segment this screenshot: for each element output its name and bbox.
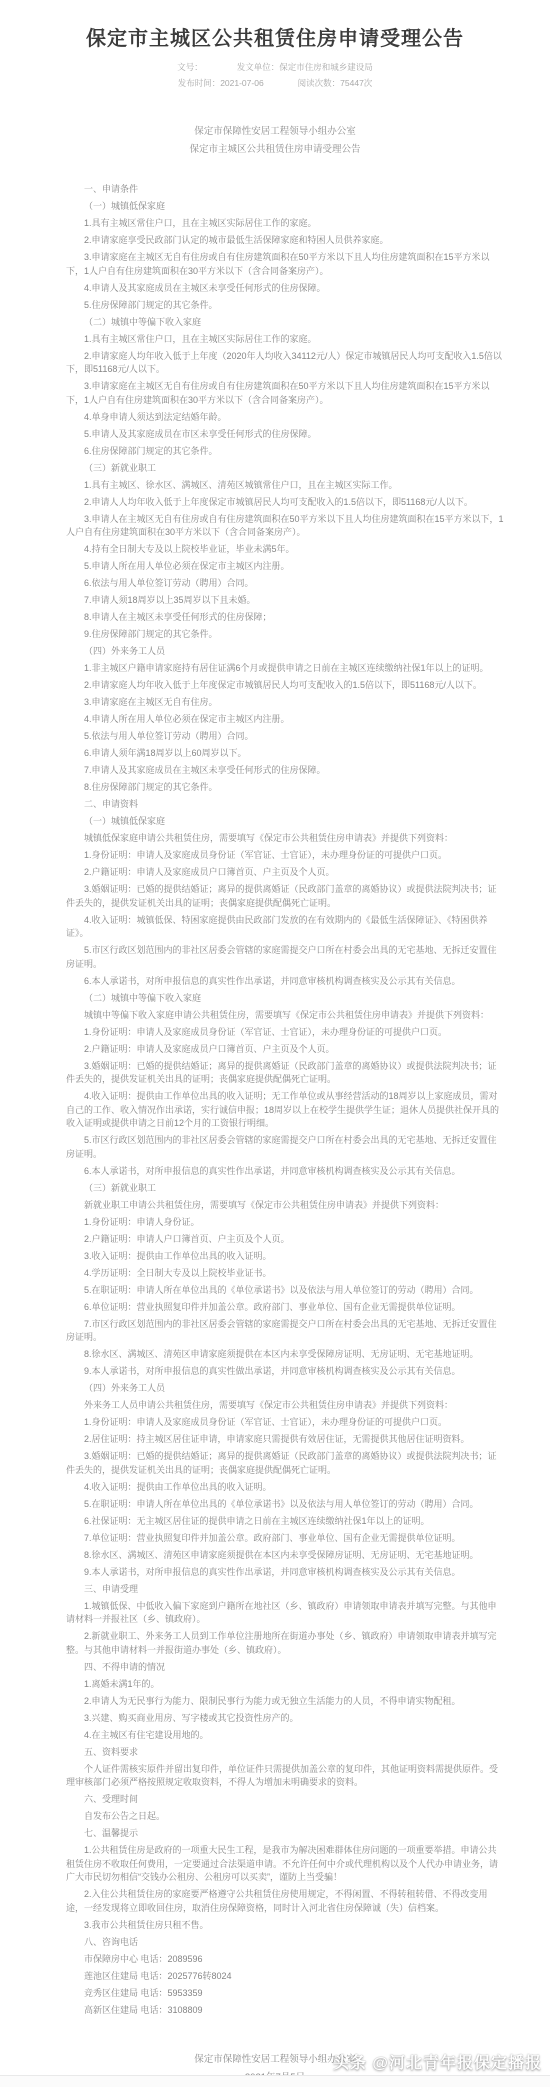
paragraph: 3.兴建、购买商业用房、写字楼或其它投资性房产的。 xyxy=(66,1712,504,1726)
paragraph: 4.申请人及其家庭成员在主城区未享受任何形式的住房保障。 xyxy=(66,282,504,296)
paragraph: 4.在主城区有住宅建设用地的。 xyxy=(66,1729,504,1743)
paragraph: 自发布公告之日起。 xyxy=(66,1810,504,1824)
paragraph: 二、申请资料 xyxy=(66,798,504,812)
paragraph: 2.申请家庭人均年收入低于上年度保定市城镇居民人均可支配收入的1.5倍以下，即5… xyxy=(66,679,504,693)
paragraph: 1.离婚未满1年的。 xyxy=(66,1678,504,1692)
meta-row-2: 发布时间：2021-07-06 阅读次数：75447次 xyxy=(0,75,550,91)
paragraph: 4.收入证明：城镇低保、特困家庭提供由民政部门发放的在有效期内的《最低生活保障证… xyxy=(66,914,504,941)
paragraph: （三）新就业职工 xyxy=(66,462,504,476)
paragraph: 7.申请人及其家庭成员在主城区未享受任何形式的住房保障。 xyxy=(66,764,504,778)
paragraph: 2.申请人为无民事行为能力、限制民事行为能力或无独立生活能力的人员，不得申请实物… xyxy=(66,1695,504,1709)
paragraph: （二）城镇中等偏下收入家庭 xyxy=(66,316,504,330)
paragraph: 五、资料要求 xyxy=(66,1746,504,1760)
paragraph: 9.本人承诺书，对所申报信息的真实性做出承诺，并同意审核机构调查核实及公示其有关… xyxy=(66,1365,504,1379)
page-title: 保定市主城区公共租赁住房申请受理公告 xyxy=(0,22,550,51)
paragraph: （三）新就业职工 xyxy=(66,1182,504,1196)
paragraph: 1.城镇低保、中低收入偏下家庭到户籍所在地社区（乡、镇政府）申请领取申请表并填写… xyxy=(66,1600,504,1627)
paragraph: 1.具有主城区、徐水区、满城区、清苑区城镇常住户口，且在主城区实际工作。 xyxy=(66,479,504,493)
paragraph: 七、温馨提示 xyxy=(66,1827,504,1841)
paragraph: 3.申请家庭在主城区无自有住房或自有住房建筑面积在50平方米以下且人均住房建筑面… xyxy=(66,380,504,407)
paragraph: （一）城镇低保家庭 xyxy=(66,200,504,214)
paragraph: 5.在职证明：申请人所在单位出具的《单位承诺书》以及依法与用人单位签订的劳动（聘… xyxy=(66,1498,504,1512)
paragraph: 7.市区行政区划范围内的非社区居委会管辖的家庭需提交户口所在村委会出具的无宅基地… xyxy=(66,1318,504,1345)
paragraph: 5.依法与用人单位签订劳动（聘用）合同。 xyxy=(66,730,504,744)
paragraph: 4.收入证明：提供由工作单位出具的收入证明；无工作单位或从事经营活动的18周岁以… xyxy=(66,1090,504,1131)
announcement-page: 保定市主城区公共租赁住房申请受理公告 文号： 发文单位：保定市住房和城乡建设局 … xyxy=(0,0,550,2087)
paragraph: 2.户籍证明：申请人户口簿首页、户主页及个人页。 xyxy=(66,1233,504,1247)
paragraph: 5.申请人及其家庭成员在市区未享受任何形式的住房保障。 xyxy=(66,428,504,442)
paragraph: 三、申请受理 xyxy=(66,1583,504,1597)
paragraph: 6.本人承诺书，对所申报信息的真实性作出承诺，并同意审核机构调查核实及公示其有关… xyxy=(66,975,504,989)
page-bottom-edge xyxy=(0,2075,550,2087)
paragraph: 新就业职工申请公共租赁住房，需要填写《保定市公共租赁住房申请表》并提供下列资料： xyxy=(66,1199,504,1213)
paragraph: 5.住房保障部门规定的其它条件。 xyxy=(66,299,504,313)
paragraph: 2.新就业职工、外来务工人员到工作单位注册地所在街道办事处（乡、镇政府）申请领取… xyxy=(66,1630,504,1657)
paragraph: 3.婚姻证明：已婚的提供结婚证；离异的提供离婚证（民政部门盖章的离婚协议）或提供… xyxy=(66,1450,504,1477)
paragraph: 2.申请家庭人均年收入低于上年度（2020年人均收入34112元/人）保定市城镇… xyxy=(66,350,504,377)
toutiao-watermark: 头条 @河北青年报保定播报 xyxy=(333,2050,542,2073)
paragraph: 5.申请人所在用人单位必须在保定市主城区内注册。 xyxy=(66,560,504,574)
paragraph: 2.入住公共租赁住房的家庭要严格遵守公共租赁住房使用规定，不得闲置、不得转租转借… xyxy=(66,1888,504,1915)
paragraph: 1.身份证明：申请人及家庭成员身份证（军官证、士官证），未办理身份证的可提供户口… xyxy=(66,849,504,863)
paragraph: 2.申请人人均年收入低于上年度保定市城镇居民人均可支配收入的1.5倍以下，即51… xyxy=(66,496,504,510)
paragraph: 个人证件需核实原件并留出复印件，单位证件只需提供加盖公章的复印件，其他证明资料需… xyxy=(66,1763,504,1790)
paragraph: 1.身份证明：申请人及家庭成员身份证（军官证、士官证），未办理身份证的可提供户口… xyxy=(66,1026,504,1040)
paragraph: 8.徐水区、满城区、清苑区申请家庭须提供在本区内未享受保障房证明、无房证明、无宅… xyxy=(66,1549,504,1563)
paragraph: 城镇低保家庭申请公共租赁住房，需要填写《保定市公共租赁住房申请表》并提供下列资料… xyxy=(66,832,504,846)
paragraph: 5.在职证明：申请人所在单位出具的《单位承诺书》以及依法与用人单位签订的劳动（聘… xyxy=(66,1284,504,1298)
paragraph: 3.申请人在主城区无自有住房或自有住房建筑面积在50平方米以下且人均住房建筑面积… xyxy=(66,513,504,540)
paragraph: 莲池区住建局 电话：2025776转8024 xyxy=(66,1970,504,1984)
paragraph: 一、申请条件 xyxy=(66,183,504,197)
paragraph: （二）城镇中等偏下收入家庭 xyxy=(66,992,504,1006)
paragraph: 7.申请人须18周岁以上35周岁以下且未婚。 xyxy=(66,594,504,608)
paragraph: 4.申请人所在用人单位必须在保定市主城区内注册。 xyxy=(66,713,504,727)
paragraph: 4.单身申请人须达到法定结婚年龄。 xyxy=(66,411,504,425)
paragraph: 3.申请家庭在主城区无自有住房或自有住房建筑面积在50平方米以下且人均住房建筑面… xyxy=(66,251,504,278)
paragraph: 3.婚姻证明：已婚的提供结婚证；离异的提供离婚证（民政部门盖章的离婚协议）或提供… xyxy=(66,1060,504,1087)
issuer-label: 发文单位：保定市住房和城乡建设局 xyxy=(237,59,373,75)
paragraph: 9.住房保障部门规定的其它条件。 xyxy=(66,628,504,642)
paragraph: 高新区住建局 电话：3108809 xyxy=(66,2004,504,2018)
paragraph: 6.依法与用人单位签订劳动（聘用）合同。 xyxy=(66,577,504,591)
meta-row-1: 文号： 发文单位：保定市住房和城乡建设局 xyxy=(0,59,550,75)
issuing-office-line: 保定市保障性安居工程领导小组办公室 xyxy=(0,123,550,141)
paragraph: 2.户籍证明：申请人及家庭成员户口簿首页、户主页及个人页。 xyxy=(66,866,504,880)
paragraph: 1.具有主城区常住户口，且在主城区实际居住工作的家庭。 xyxy=(66,217,504,231)
read-count-label: 阅读次数：75447次 xyxy=(298,75,373,91)
paragraph: 八、咨询电话 xyxy=(66,1936,504,1950)
paragraph: 6.单位证明：营业执照复印件并加盖公章。政府部门、事业单位、国有企业无需提供单位… xyxy=(66,1301,504,1315)
paragraph: 1.非主城区户籍申请家庭持有居住证满6个月或提供申请之日前在主城区连续缴纳社保1… xyxy=(66,662,504,676)
paragraph: 2.户籍证明：申请人及家庭成员户口簿首页、户主页及个人页。 xyxy=(66,1043,504,1057)
paragraph: 6.本人承诺书，对所申报信息的真实性作出承诺，并同意审核机构调查核实及公示其有关… xyxy=(66,1165,504,1179)
paragraph: 1.身份证明：申请人及家庭成员身份证（军官证、士官证），未办理身份证的可提供户口… xyxy=(66,1416,504,1430)
paragraph: （四）外来务工人员 xyxy=(66,1382,504,1396)
paragraph: 4.学历证明：全日制大专及以上院校毕业证书。 xyxy=(66,1267,504,1281)
paragraph: 外来务工人员申请公共租赁住房，需要填写《保定市公共租赁住房申请表》并提供下列资料… xyxy=(66,1399,504,1413)
paragraph: 7.单位证明：营业执照复印件并加盖公章。政府部门、事业单位、国有企业无需提供单位… xyxy=(66,1532,504,1546)
paragraph: 城镇中等偏下收入家庭申请公共租赁住房，需要填写《保定市公共租赁住房申请表》并提供… xyxy=(66,1009,504,1023)
paragraph: 1.公共租赁住房是政府的一项重大民生工程，是我市为解决困难群体住房问题的一项重要… xyxy=(66,1844,504,1885)
paragraph: 3.申请家庭在主城区无自有住房。 xyxy=(66,696,504,710)
paragraph: 6.社保证明：无主城区居住证的提供申请之日前在主城区连续缴纳社保1年以上的证明。 xyxy=(66,1515,504,1529)
paragraph: 8.住房保障部门规定的其它条件。 xyxy=(66,781,504,795)
paragraph: 5.市区行政区划范围内的非社区居委会管辖的家庭需提交户口所在村委会出具的无宅基地… xyxy=(66,944,504,971)
paragraph: （一）城镇低保家庭 xyxy=(66,815,504,829)
paragraph: 4.收入证明：提供由工作单位出具的收入证明。 xyxy=(66,1481,504,1495)
doc-title-line: 保定市主城区公共租赁住房申请受理公告 xyxy=(0,141,550,159)
paragraph: 2.居住证明：持主城区居住证申请，申请家庭只需提供有效居住证，无需提供其他居住证… xyxy=(66,1433,504,1447)
paragraph: 3.婚姻证明：已婚的提供结婚证；离异的提供离婚证（民政部门盖章的离婚协议）或提供… xyxy=(66,883,504,910)
paragraph: 四、不得申请的情况 xyxy=(66,1661,504,1675)
paragraph: 6.申请人须年满18周岁以上60周岁以下。 xyxy=(66,747,504,761)
paragraph: 6.住房保障部门规定的其它条件。 xyxy=(66,445,504,459)
paragraph: 9.本人承诺书，对所申报信息的真实性作出承诺，并同意审核机构调查核实及公示其有关… xyxy=(66,1566,504,1580)
paragraph: 六、受理时间 xyxy=(66,1793,504,1807)
doc-header: 保定市主城区公共租赁住房申请受理公告 文号： 发文单位：保定市住房和城乡建设局 … xyxy=(0,0,550,91)
paragraph: 8.申请人在主城区未享受任何形式的住房保障； xyxy=(66,611,504,625)
paragraph: 4.持有全日制大专及以上院校毕业证，毕业未满5年。 xyxy=(66,543,504,557)
paragraph: （四）外来务工人员 xyxy=(66,645,504,659)
doc-subheading: 保定市保障性安居工程领导小组办公室 保定市主城区公共租赁住房申请受理公告 xyxy=(0,123,550,159)
doc-number-label: 文号： xyxy=(177,59,203,75)
paragraph: 5.市区行政区划范围内的非社区居委会管辖的家庭需提交户口所在村委会出具的无宅基地… xyxy=(66,1134,504,1161)
paragraph: 市保障房中心 电话：2089596 xyxy=(66,1953,504,1967)
paragraph: 3.收入证明：提供由工作单位出具的收入证明。 xyxy=(66,1250,504,1264)
paragraph: 1.具有主城区常住户口，且在主城区实际居住工作的家庭。 xyxy=(66,333,504,347)
paragraph: 2.申请家庭享受民政部门认定的城市最低生活保障家庭和特困人员供养家庭。 xyxy=(66,234,504,248)
paragraph: 8.徐水区、满城区、清苑区申请家庭须提供在本区内未享受保障房证明、无房证明、无宅… xyxy=(66,1348,504,1362)
paragraph: 1.身份证明：申请人身份证。 xyxy=(66,1216,504,1230)
paragraph: 3.我市公共租赁住房只租不售。 xyxy=(66,1919,504,1933)
paragraph: 竞秀区住建局 电话：5953359 xyxy=(66,1987,504,2001)
publish-time-label: 发布时间：2021-07-06 xyxy=(178,75,264,91)
article-body: 一、申请条件（一）城镇低保家庭1.具有主城区常住户口，且在主城区实际居住工作的家… xyxy=(0,183,550,2017)
